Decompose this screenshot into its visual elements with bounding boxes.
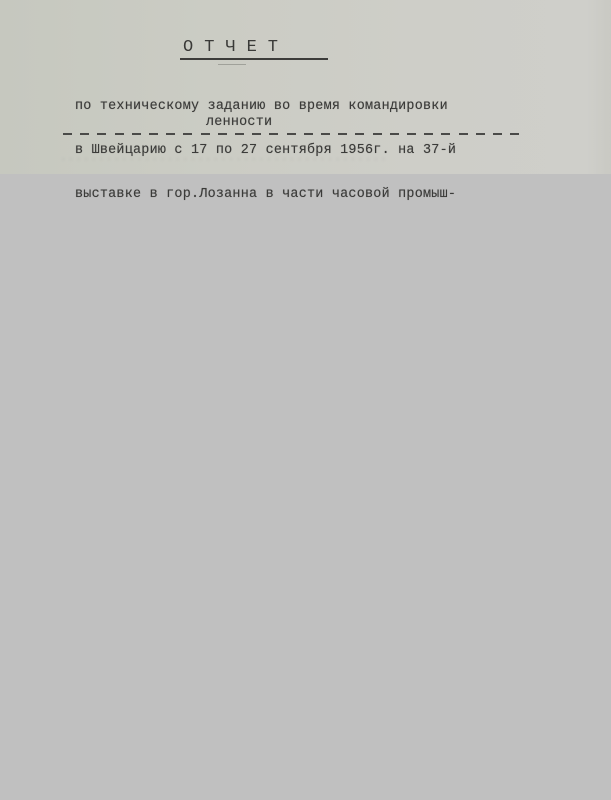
blank-area xyxy=(0,174,611,800)
dash xyxy=(441,133,450,135)
dash xyxy=(287,133,296,135)
dash xyxy=(390,133,399,135)
dash xyxy=(338,133,347,135)
dash xyxy=(459,133,468,135)
dash xyxy=(373,133,382,135)
document-page: ОТЧЕТ по техническому заданию во время к… xyxy=(0,0,611,174)
dash xyxy=(183,133,192,135)
dash xyxy=(80,133,89,135)
dashed-separator xyxy=(63,128,525,140)
dash xyxy=(269,133,278,135)
dash xyxy=(218,133,227,135)
title-underline xyxy=(180,58,328,60)
dash xyxy=(201,133,210,135)
dash xyxy=(424,133,433,135)
dash xyxy=(166,133,175,135)
dash xyxy=(321,133,330,135)
dash xyxy=(493,133,502,135)
dash xyxy=(252,133,261,135)
dash xyxy=(355,133,364,135)
dash xyxy=(407,133,416,135)
dash xyxy=(115,133,124,135)
dash xyxy=(510,133,519,135)
subtitle-line: по техническому заданию во время команди… xyxy=(75,100,456,115)
dash xyxy=(235,133,244,135)
dash xyxy=(97,133,106,135)
dash xyxy=(304,133,313,135)
dash xyxy=(149,133,158,135)
dash xyxy=(476,133,485,135)
dash xyxy=(63,133,72,135)
bleed-through-text: ........................................… xyxy=(60,150,540,164)
title-underline-shadow xyxy=(218,64,246,65)
document-title: ОТЧЕТ xyxy=(183,38,289,57)
dash xyxy=(132,133,141,135)
